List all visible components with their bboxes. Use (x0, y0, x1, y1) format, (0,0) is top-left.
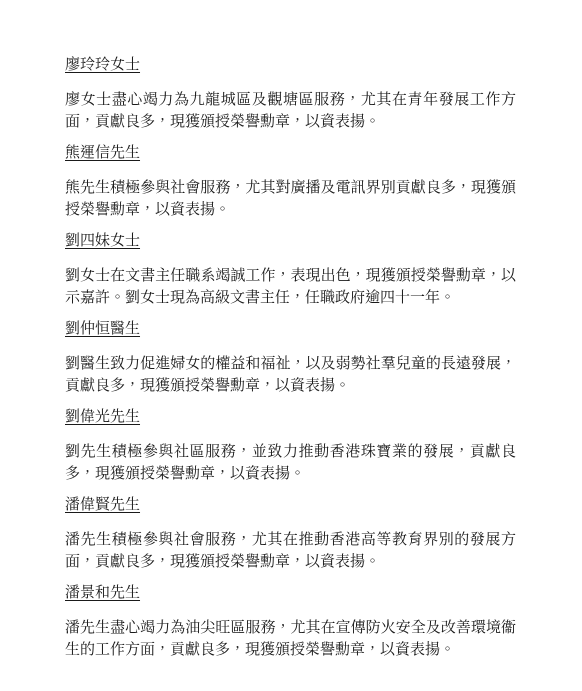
person-name-heading: 劉偉光先生 (65, 406, 516, 428)
award-section: 劉四妹女士 劉女士在文書主任職系竭誠工作，表現出色，現獲頒授榮譽勳章，以示嘉許。… (65, 230, 516, 309)
award-section: 潘景和先生 潘先生盡心竭力為油尖旺區服務，尤其在宣傳防火安全及改善環境衞生的工作… (65, 582, 516, 661)
person-name-heading: 熊運信先生 (65, 142, 516, 164)
person-citation: 潘先生積極參與社會服務，尤其在推動香港高等教育界別的發展方面，貢獻良多，現獲頒授… (65, 529, 516, 573)
person-citation: 劉先生積極參與社區服務，並致力推動香港珠寶業的發展，貢獻良多，現獲頒授榮譽勳章，… (65, 441, 516, 485)
person-citation: 熊先生積極參與社會服務，尤其對廣播及電訊界別貢獻良多，現獲頒授榮譽勳章，以資表揚… (65, 177, 516, 221)
person-citation: 潘先生盡心竭力為油尖旺區服務，尤其在宣傳防火安全及改善環境衞生的工作方面，貢獻良… (65, 617, 516, 661)
award-section: 熊運信先生 熊先生積極參與社會服務，尤其對廣播及電訊界別貢獻良多，現獲頒授榮譽勳… (65, 142, 516, 221)
document-page: 廖玲玲女士 廖女士盡心竭力為九龍城區及觀塘區服務，尤其在青年發展工作方面，貢獻良… (0, 0, 582, 691)
award-section: 潘偉賢先生 潘先生積極參與社會服務，尤其在推動香港高等教育界別的發展方面，貢獻良… (65, 494, 516, 573)
person-name-heading: 劉仲恒醫生 (65, 318, 516, 340)
person-name-heading: 劉四妹女士 (65, 230, 516, 252)
award-section: 劉仲恒醫生 劉醫生致力促進婦女的權益和福祉，以及弱勢社羣兒童的長遠發展，貢獻良多… (65, 318, 516, 397)
award-section: 廖玲玲女士 廖女士盡心竭力為九龍城區及觀塘區服務，尤其在青年發展工作方面，貢獻良… (65, 54, 516, 133)
person-citation: 廖女士盡心竭力為九龍城區及觀塘區服務，尤其在青年發展工作方面，貢獻良多，現獲頒授… (65, 89, 516, 133)
person-name-heading: 潘景和先生 (65, 582, 516, 604)
person-citation: 劉女士在文書主任職系竭誠工作，表現出色，現獲頒授榮譽勳章，以示嘉許。劉女士現為高… (65, 265, 516, 309)
award-section: 劉偉光先生 劉先生積極參與社區服務，並致力推動香港珠寶業的發展，貢獻良多，現獲頒… (65, 406, 516, 485)
person-name-heading: 潘偉賢先生 (65, 494, 516, 516)
person-citation: 劉醫生致力促進婦女的權益和福祉，以及弱勢社羣兒童的長遠發展，貢獻良多，現獲頒授榮… (65, 353, 516, 397)
person-name-heading: 廖玲玲女士 (65, 54, 516, 76)
